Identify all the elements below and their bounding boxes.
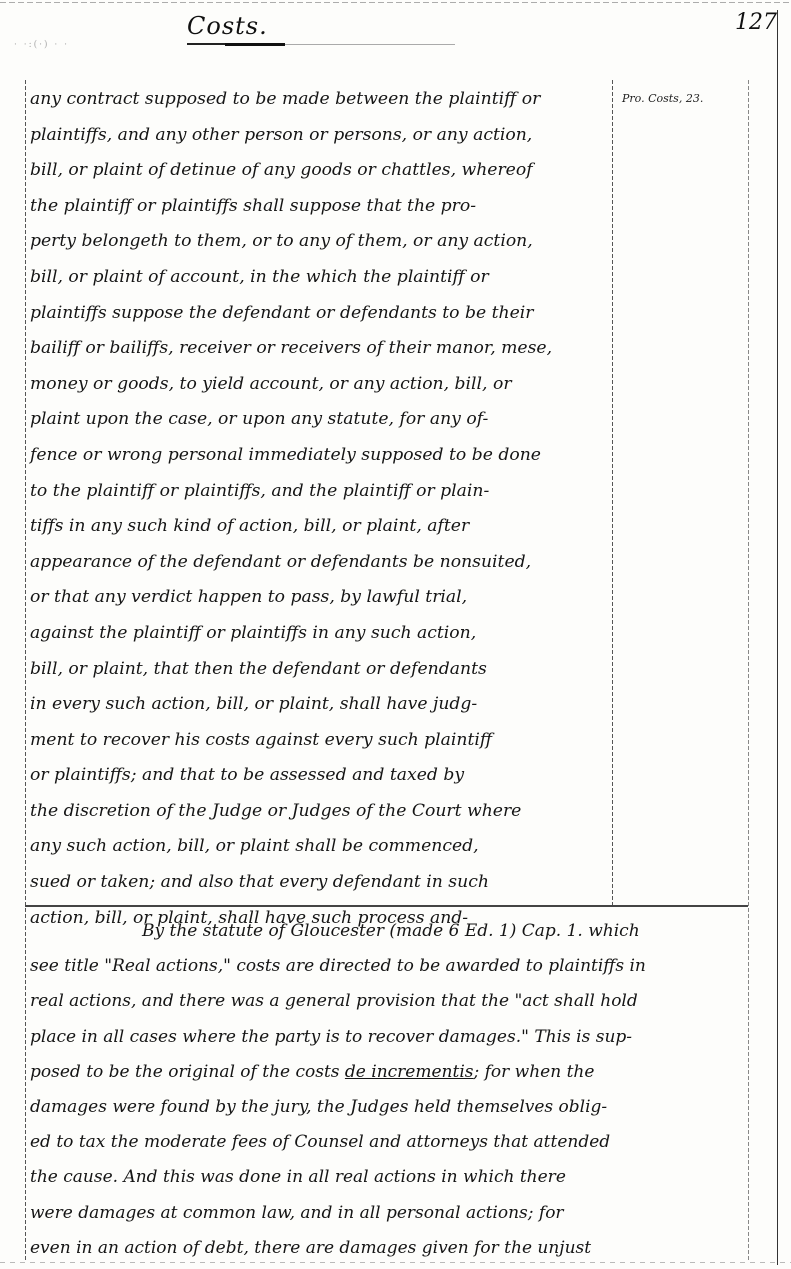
text-line: tiffs in any such kind of action, bill, … bbox=[30, 509, 615, 545]
commentary-text: By the statute of Gloucester (made 6 Ed.… bbox=[30, 914, 746, 1266]
margin-note: Pro. Costs, 23. bbox=[622, 92, 703, 105]
text-line: plaintiffs, and any other person or pers… bbox=[30, 118, 615, 154]
text-line: bailiff or bailiffs, receiver or receive… bbox=[30, 331, 615, 367]
text-line: plaint upon the case, or upon any statut… bbox=[30, 402, 615, 438]
text-line: ment to recover his costs against every … bbox=[30, 723, 615, 759]
text-line: real actions, and there was a general pr… bbox=[30, 984, 746, 1019]
text-line: By the statute of Gloucester (made 6 Ed.… bbox=[30, 914, 746, 949]
main-statute-text: any contract supposed to be made between… bbox=[30, 82, 615, 936]
faint-stamp: · ·:(·) · · bbox=[14, 40, 69, 50]
text-line: ed to tax the moderate fees of Counsel a… bbox=[30, 1125, 746, 1160]
text-segment: posed to be the original of the costs bbox=[30, 1062, 345, 1082]
underlined-term: de incrementis bbox=[345, 1062, 474, 1082]
text-line: to the plaintiff or plaintiffs, and the … bbox=[30, 474, 615, 510]
text-line: see title "Real actions," costs are dire… bbox=[30, 949, 746, 984]
text-line: plaintiffs suppose the defendant or defe… bbox=[30, 296, 615, 332]
text-line: bill, or plaint of account, in the which… bbox=[30, 260, 615, 296]
scan-top-edge bbox=[0, 2, 791, 3]
text-line: bill, or plaint, that then the defendant… bbox=[30, 652, 615, 688]
text-line: appearance of the defendant or defendant… bbox=[30, 545, 615, 581]
text-line: or plaintiffs; and that to be assessed a… bbox=[30, 758, 615, 794]
text-line: any contract supposed to be made between… bbox=[30, 82, 615, 118]
text-line: damages were found by the jury, the Judg… bbox=[30, 1090, 746, 1125]
text-line: or that any verdict happen to pass, by l… bbox=[30, 580, 615, 616]
text-line: the plaintiff or plaintiffs shall suppos… bbox=[30, 189, 615, 225]
text-line: even in an action of debt, there are dam… bbox=[30, 1231, 746, 1266]
header-rule-right bbox=[285, 44, 455, 45]
page-number: 127 bbox=[735, 10, 777, 35]
text-line: against the plaintiff or plaintiffs in a… bbox=[30, 616, 615, 652]
text-line: perty belongeth to them, or to any of th… bbox=[30, 224, 615, 260]
text-line: in every such action, bill, or plaint, s… bbox=[30, 687, 615, 723]
right-border-rule bbox=[777, 10, 778, 1265]
left-margin-rule bbox=[25, 80, 26, 1260]
page-title: Costs. bbox=[187, 12, 268, 40]
text-line: sued or taken; and also that every defen… bbox=[30, 865, 615, 901]
text-line: bill, or plaint of detinue of any goods … bbox=[30, 153, 615, 189]
text-line: any such action, bill, or plaint shall b… bbox=[30, 829, 615, 865]
text-line: money or goods, to yield account, or any… bbox=[30, 367, 615, 403]
scan-bottom-edge bbox=[0, 1262, 791, 1263]
text-line: posed to be the original of the costs de… bbox=[30, 1055, 746, 1090]
text-segment: ; for when the bbox=[473, 1062, 594, 1082]
header-rule-left bbox=[187, 43, 225, 45]
manuscript-page: · ·:(·) · · Costs. 127 Pro. Costs, 23. a… bbox=[0, 0, 791, 1269]
text-line: the discretion of the Judge or Judges of… bbox=[30, 794, 615, 830]
text-line: the cause. And this was done in all real… bbox=[30, 1160, 746, 1195]
text-line: fence or wrong personal immediately supp… bbox=[30, 438, 615, 474]
header-title-underline bbox=[225, 43, 285, 46]
text-line: place in all cases where the party is to… bbox=[30, 1020, 746, 1055]
note-column-rule bbox=[748, 80, 749, 1260]
text-line: were damages at common law, and in all p… bbox=[30, 1196, 746, 1231]
